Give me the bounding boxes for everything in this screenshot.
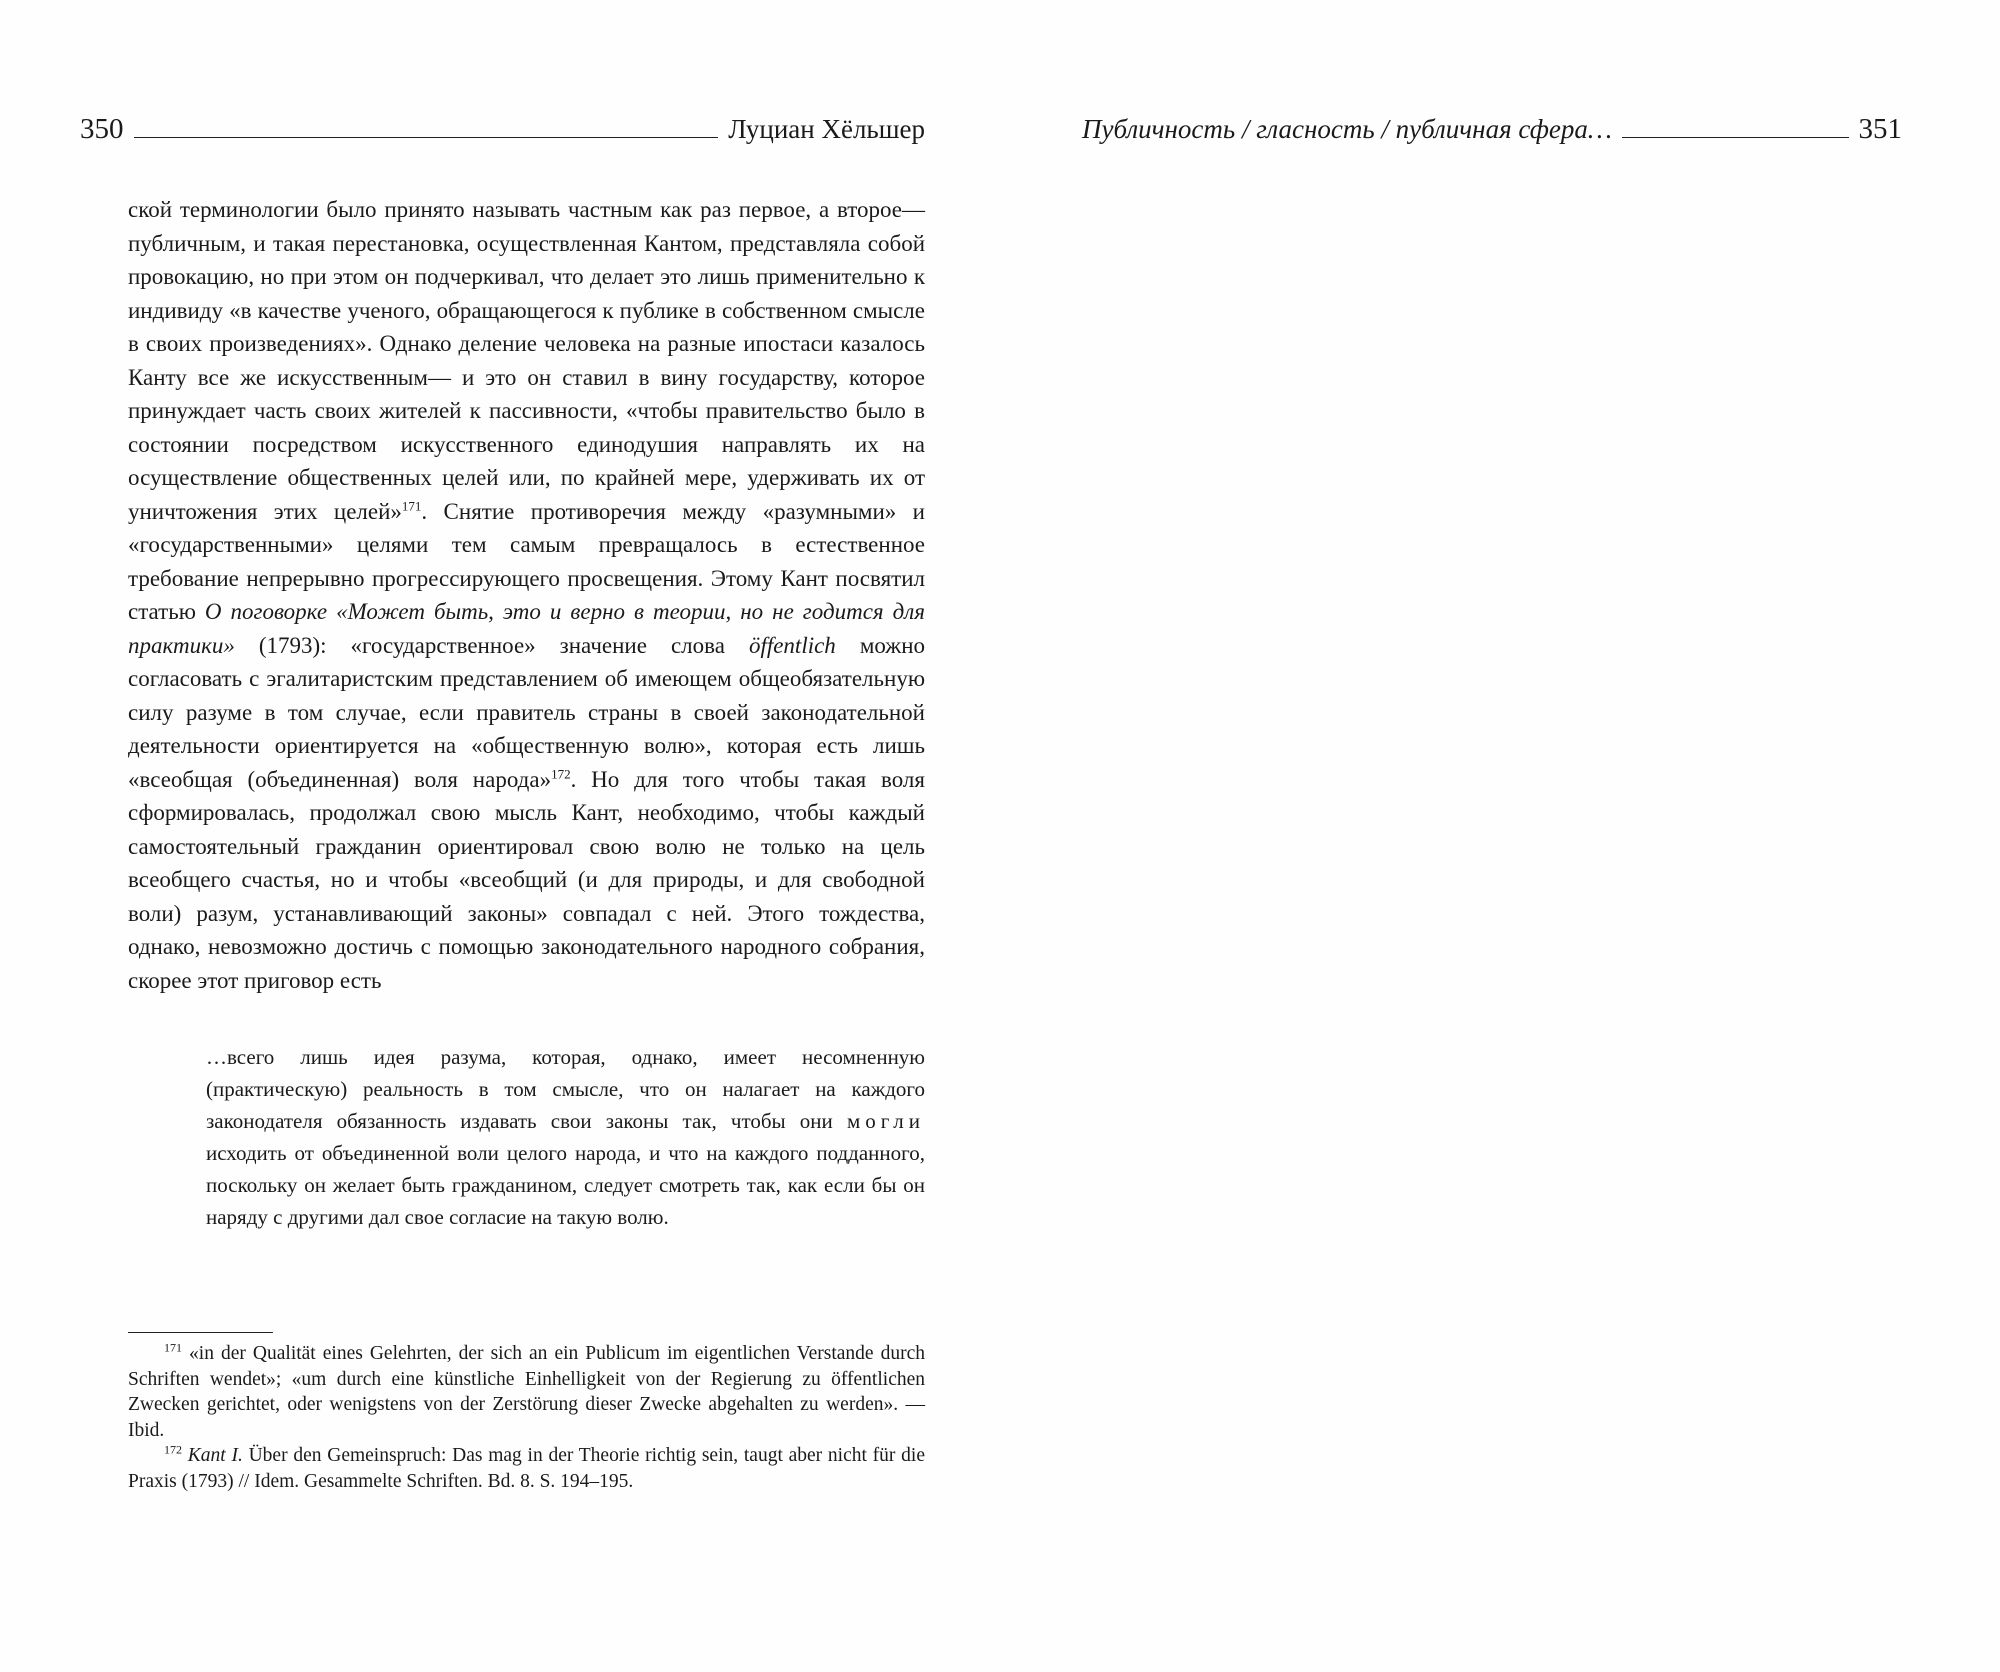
emphasis-spaced: могли	[847, 1109, 925, 1133]
right-page: Публичность / гласность / публичная сфер…	[1000, 0, 2000, 1672]
running-head-left: 350 Луциан Хёльшер	[80, 112, 925, 146]
header-rule	[1622, 137, 1849, 138]
footnote-number: 172	[164, 1443, 182, 1457]
running-head-title: Публичность / гласность / публичная сфер…	[1082, 112, 1612, 146]
footnote-171: 171 «in der Qualität eines Gelehrten, de…	[128, 1341, 925, 1443]
page-number: 350	[80, 112, 124, 146]
page-number: 351	[1859, 112, 1903, 146]
footnotes-left: 171 «in der Qualität eines Gelehrten, de…	[128, 1332, 925, 1494]
body-column: ской терминологии было принято называть …	[128, 193, 925, 1233]
footnote-text: Über den Gemeinspruch: Das mag in der Th…	[128, 1445, 925, 1492]
text-run: (1793): «государственное» значение слова	[235, 633, 749, 658]
running-head-right: Публичность / гласность / публичная сфер…	[1082, 112, 1902, 146]
footnote-author: Kant I.	[188, 1445, 243, 1466]
running-head-author: Луциан Хёльшер	[728, 112, 925, 146]
text-run: …всего лишь идея разума, которая, однако…	[206, 1045, 925, 1133]
text-run: . Но для того чтобы такая воля сформиров…	[128, 767, 925, 993]
footnote-ref[interactable]: 171	[402, 498, 422, 513]
footnote-rule	[128, 1332, 273, 1333]
left-page: 350 Луциан Хёльшер ской терминологии был…	[0, 0, 1000, 1672]
foreign-term: öffentlich	[749, 633, 836, 658]
footnote-ref[interactable]: 172	[551, 766, 571, 781]
text-run: ской терминологии было принято называть …	[128, 197, 925, 524]
footnote-number: 171	[164, 1341, 182, 1355]
footnote-172: 172 Kant I. Über den Gemeinspruch: Das m…	[128, 1443, 925, 1494]
footnote-text: «in der Qualität eines Gelehrten, der si…	[128, 1343, 925, 1441]
header-rule	[134, 137, 719, 138]
block-quote: …всего лишь идея разума, которая, однако…	[206, 1041, 925, 1233]
body-paragraph: ской терминологии было принято называть …	[128, 193, 925, 997]
text-run: исходить от объединенной воли целого нар…	[206, 1141, 925, 1229]
